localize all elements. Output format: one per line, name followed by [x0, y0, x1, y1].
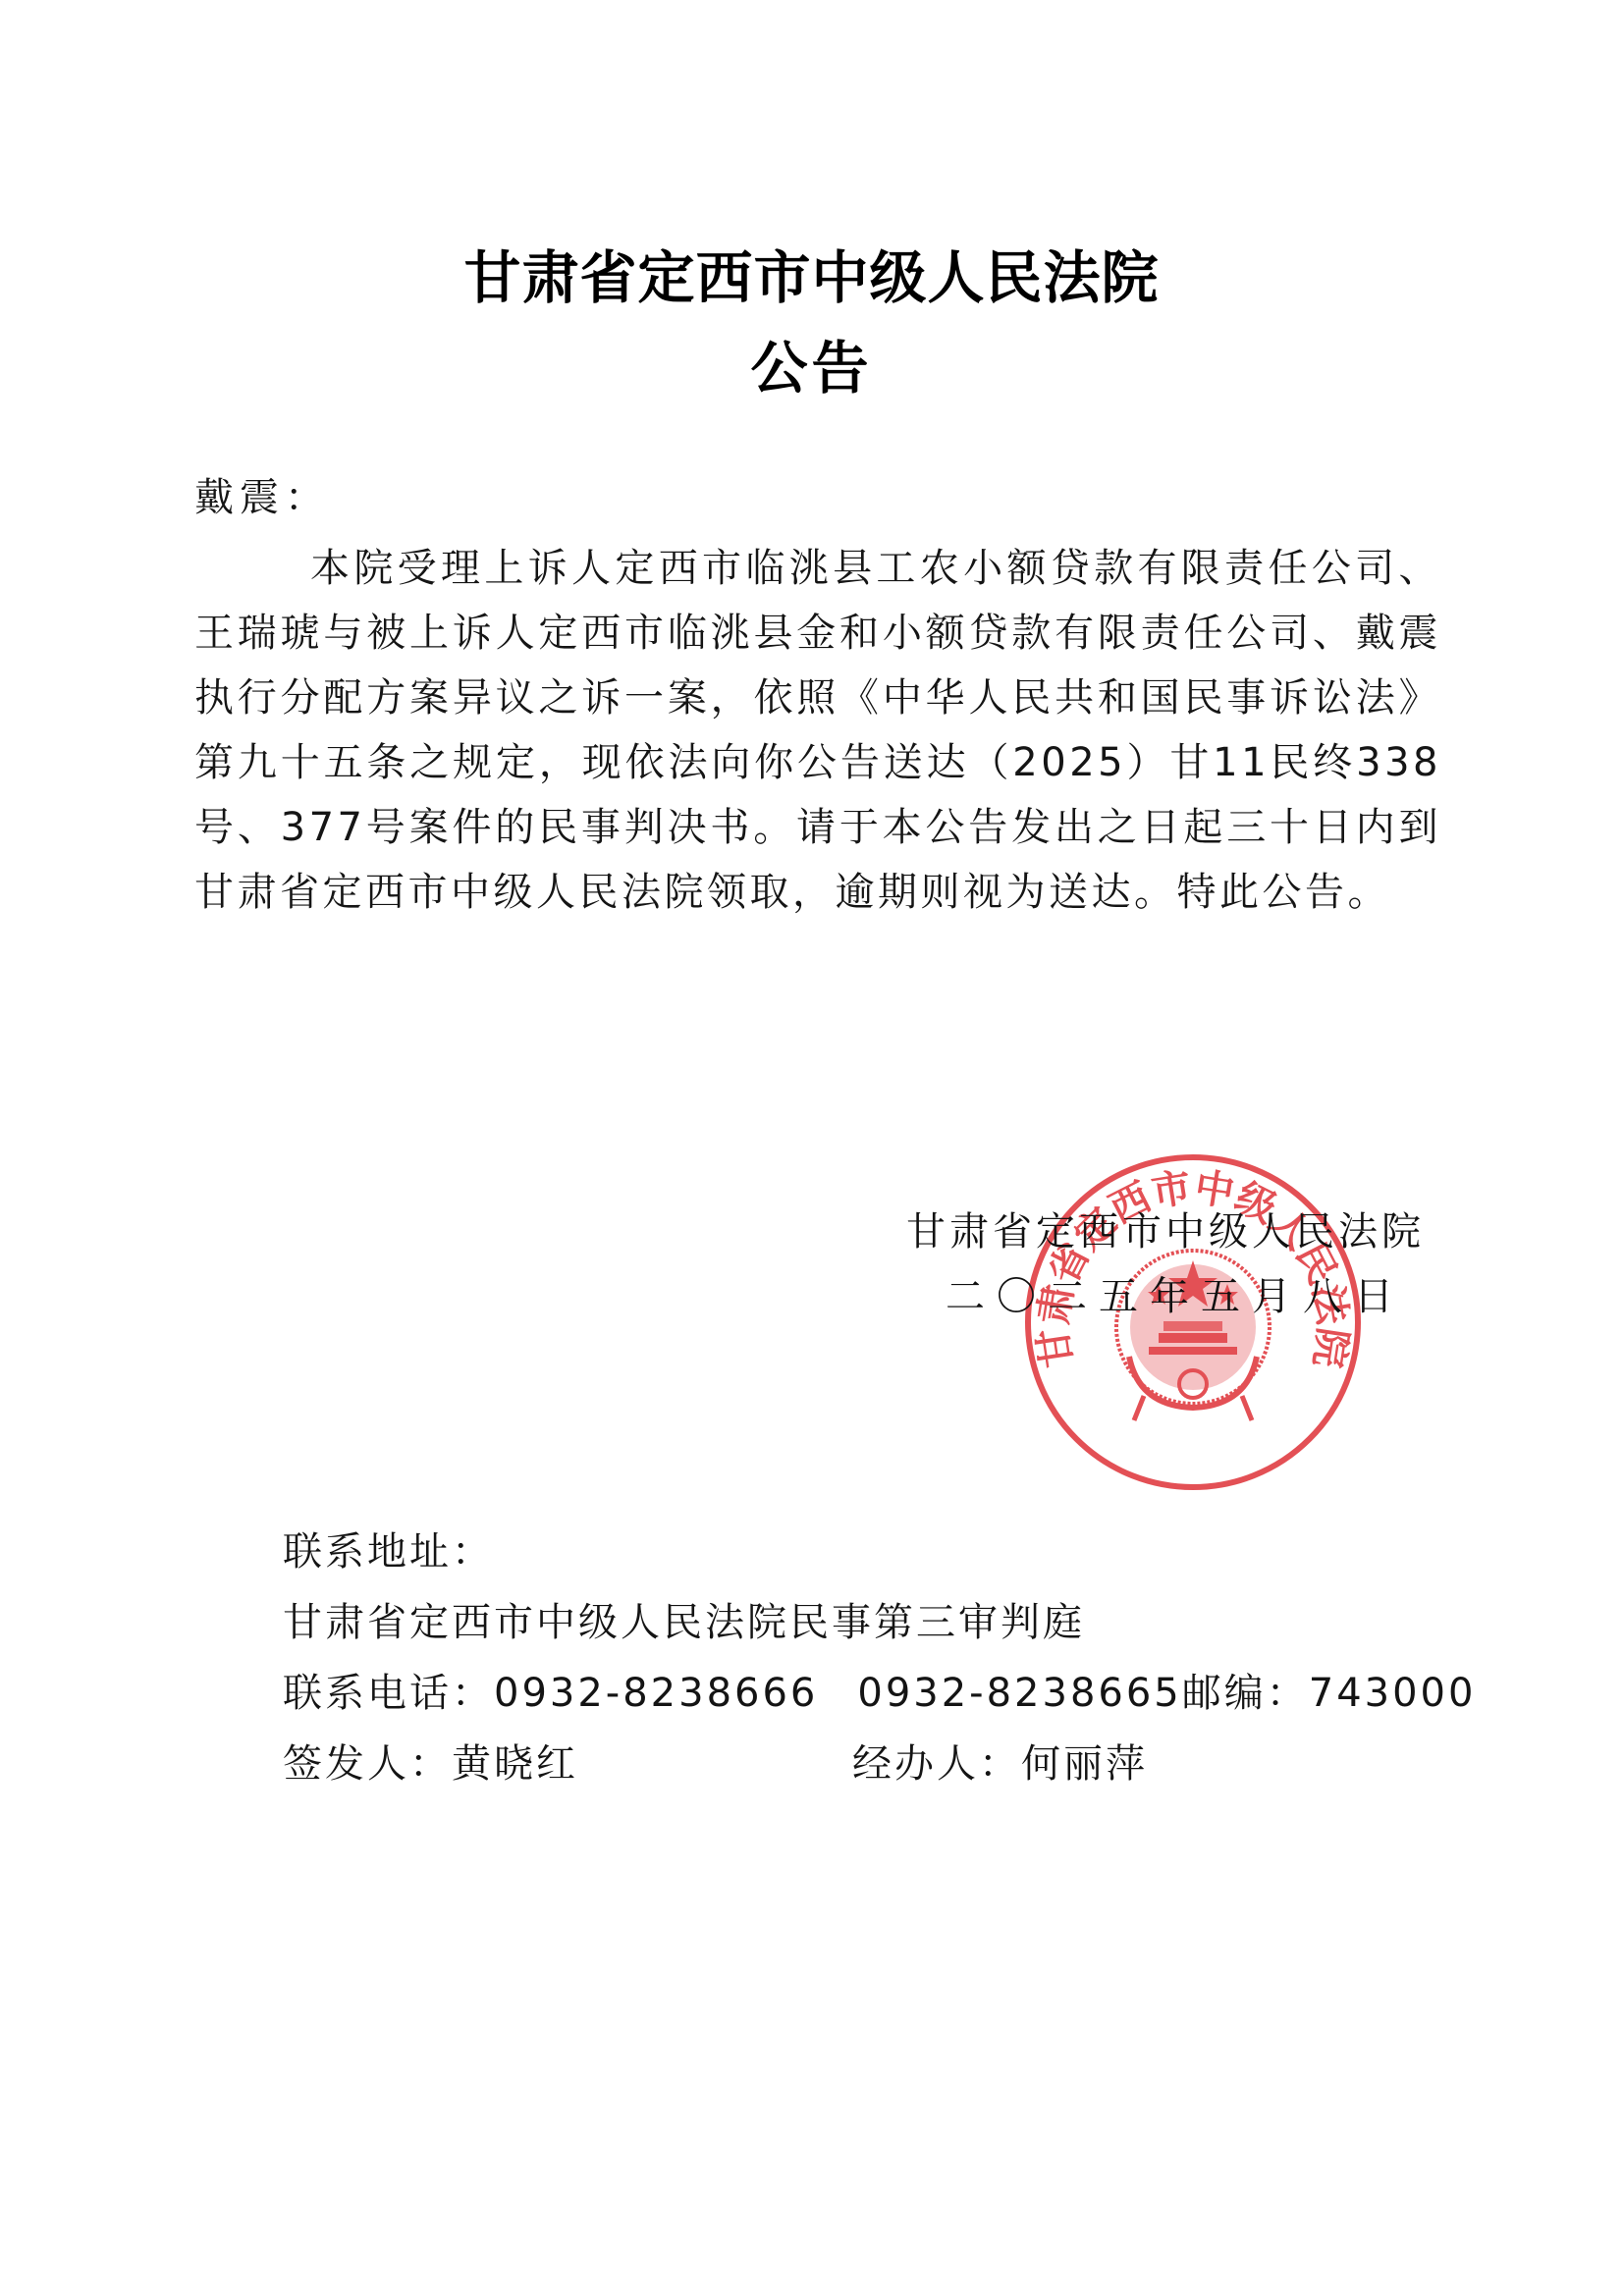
signature-date: 二〇二五年五月八日 [906, 1264, 1405, 1329]
notice-paragraph: 本院受理上诉人定西市临洮县工农小额贷款有限责任公司、王瑞琥与被上诉人定西市临洮县… [194, 536, 1441, 925]
phone-number-1: 0932-8238666 [494, 1671, 818, 1716]
notice-page: 甘肃省定西市中级人民法院 公告 戴震： 本院受理上诉人定西市临洮县工农小额贷款有… [0, 0, 1623, 2296]
address-label: 联系地址： [283, 1517, 1476, 1587]
postcode-value: 743000 [1309, 1671, 1477, 1716]
handler-group: 经办人：何丽萍 [852, 1729, 1148, 1799]
notice-body: 戴震： 本院受理上诉人定西市临洮县工农小额贷款有限责任公司、王瑞琥与被上诉人定西… [194, 465, 1441, 925]
address-value: 甘肃省定西市中级人民法院民事第三审判庭 [283, 1587, 1476, 1658]
handler-name: 何丽萍 [1021, 1741, 1148, 1787]
contact-block: 联系地址： 甘肃省定西市中级人民法院民事第三审判庭 联系电话：0932-8238… [283, 1517, 1476, 1799]
signature-court-name: 甘肃省定西市中级人民法院 [906, 1200, 1425, 1264]
signature-block: 甘肃省定西市中级人民法院 二〇二五年五月八日 [906, 1200, 1425, 1329]
document-type-title: 公告 [0, 322, 1623, 404]
court-title: 甘肃省定西市中级人民法院 [0, 232, 1623, 314]
issuer-label: 签发人： [283, 1741, 452, 1787]
phone-number-2: 0932-8238665 [857, 1671, 1181, 1716]
phone-row: 联系电话：0932-82386660932-8238665邮编：743000 [283, 1658, 1476, 1729]
postcode-label: 邮编： [1182, 1671, 1309, 1716]
phone-label: 联系电话： [283, 1671, 494, 1716]
handler-label: 经办人： [852, 1741, 1021, 1787]
signer-row: 签发人：黄晓红 经办人：何丽萍 [283, 1729, 1476, 1799]
issuer-name: 黄晓红 [452, 1741, 578, 1787]
addressee: 戴震： [194, 465, 1441, 530]
